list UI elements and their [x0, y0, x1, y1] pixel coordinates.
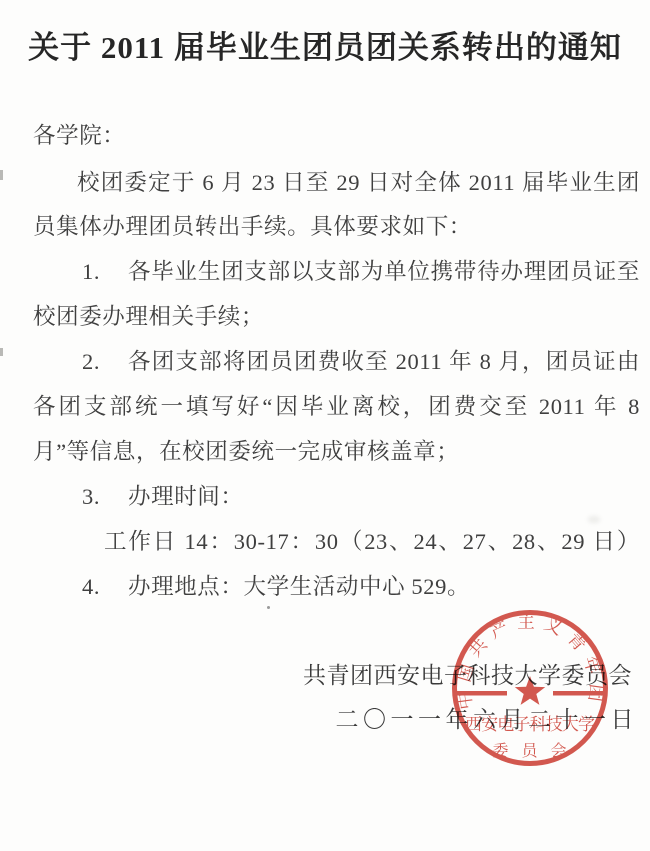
- salutation: 各学院：: [33, 122, 125, 149]
- list-item-2-cont-2: 月”等信息，在校团委统一完成审核盖章；: [33, 438, 459, 465]
- scan-smudge: [588, 516, 600, 523]
- seal-right-bar: [553, 691, 605, 696]
- notice-title: 关于 2011 届毕业生团员团关系转出的通知: [0, 29, 650, 66]
- seal-university-text: 西安电子科技大学: [465, 715, 595, 734]
- item-text: 各毕业生团支部以支部为单位携带待办理团员证至: [128, 258, 640, 285]
- seal-left-bar: [455, 691, 507, 696]
- list-item-1-cont: 校团委办理相关手续；: [33, 303, 264, 330]
- item-number: 4.: [82, 573, 100, 600]
- intro-line-2: 员集体办理团员转出手续。具体要求如下：: [33, 213, 472, 240]
- item-number: 1.: [82, 258, 100, 285]
- item-text: 各团支部将团员团费收至 2011 年 8 月，团员证由: [128, 348, 640, 375]
- red-star-icon: [515, 676, 545, 705]
- scan-speck: [267, 606, 270, 609]
- scan-edge-mark: [0, 170, 3, 180]
- official-seal: 中国共产主义青年团 西安电子科技大学 委员会: [450, 608, 610, 768]
- list-item-3-cont: 工作日 14：30-17：30（23、24、27、28、29 日）: [104, 528, 640, 555]
- intro-line-1: 校团委定于 6 月 23 日至 29 日对全体 2011 届毕业生团: [77, 169, 640, 196]
- document-page: 关于 2011 届毕业生团员团关系转出的通知 各学院： 校团委定于 6 月 23…: [0, 0, 650, 851]
- list-item-2-cont-1: 各团支部统一填写好“因毕业离校，团费交至 2011 年 8: [33, 393, 640, 420]
- scan-edge-mark: [0, 348, 3, 356]
- item-text: 办理时间：: [128, 483, 244, 510]
- item-number: 2.: [82, 348, 100, 375]
- item-text: 办理地点：大学生活动中心 529。: [128, 573, 470, 600]
- item-number: 3.: [82, 483, 100, 510]
- seal-committee-text: 委员会: [492, 742, 579, 760]
